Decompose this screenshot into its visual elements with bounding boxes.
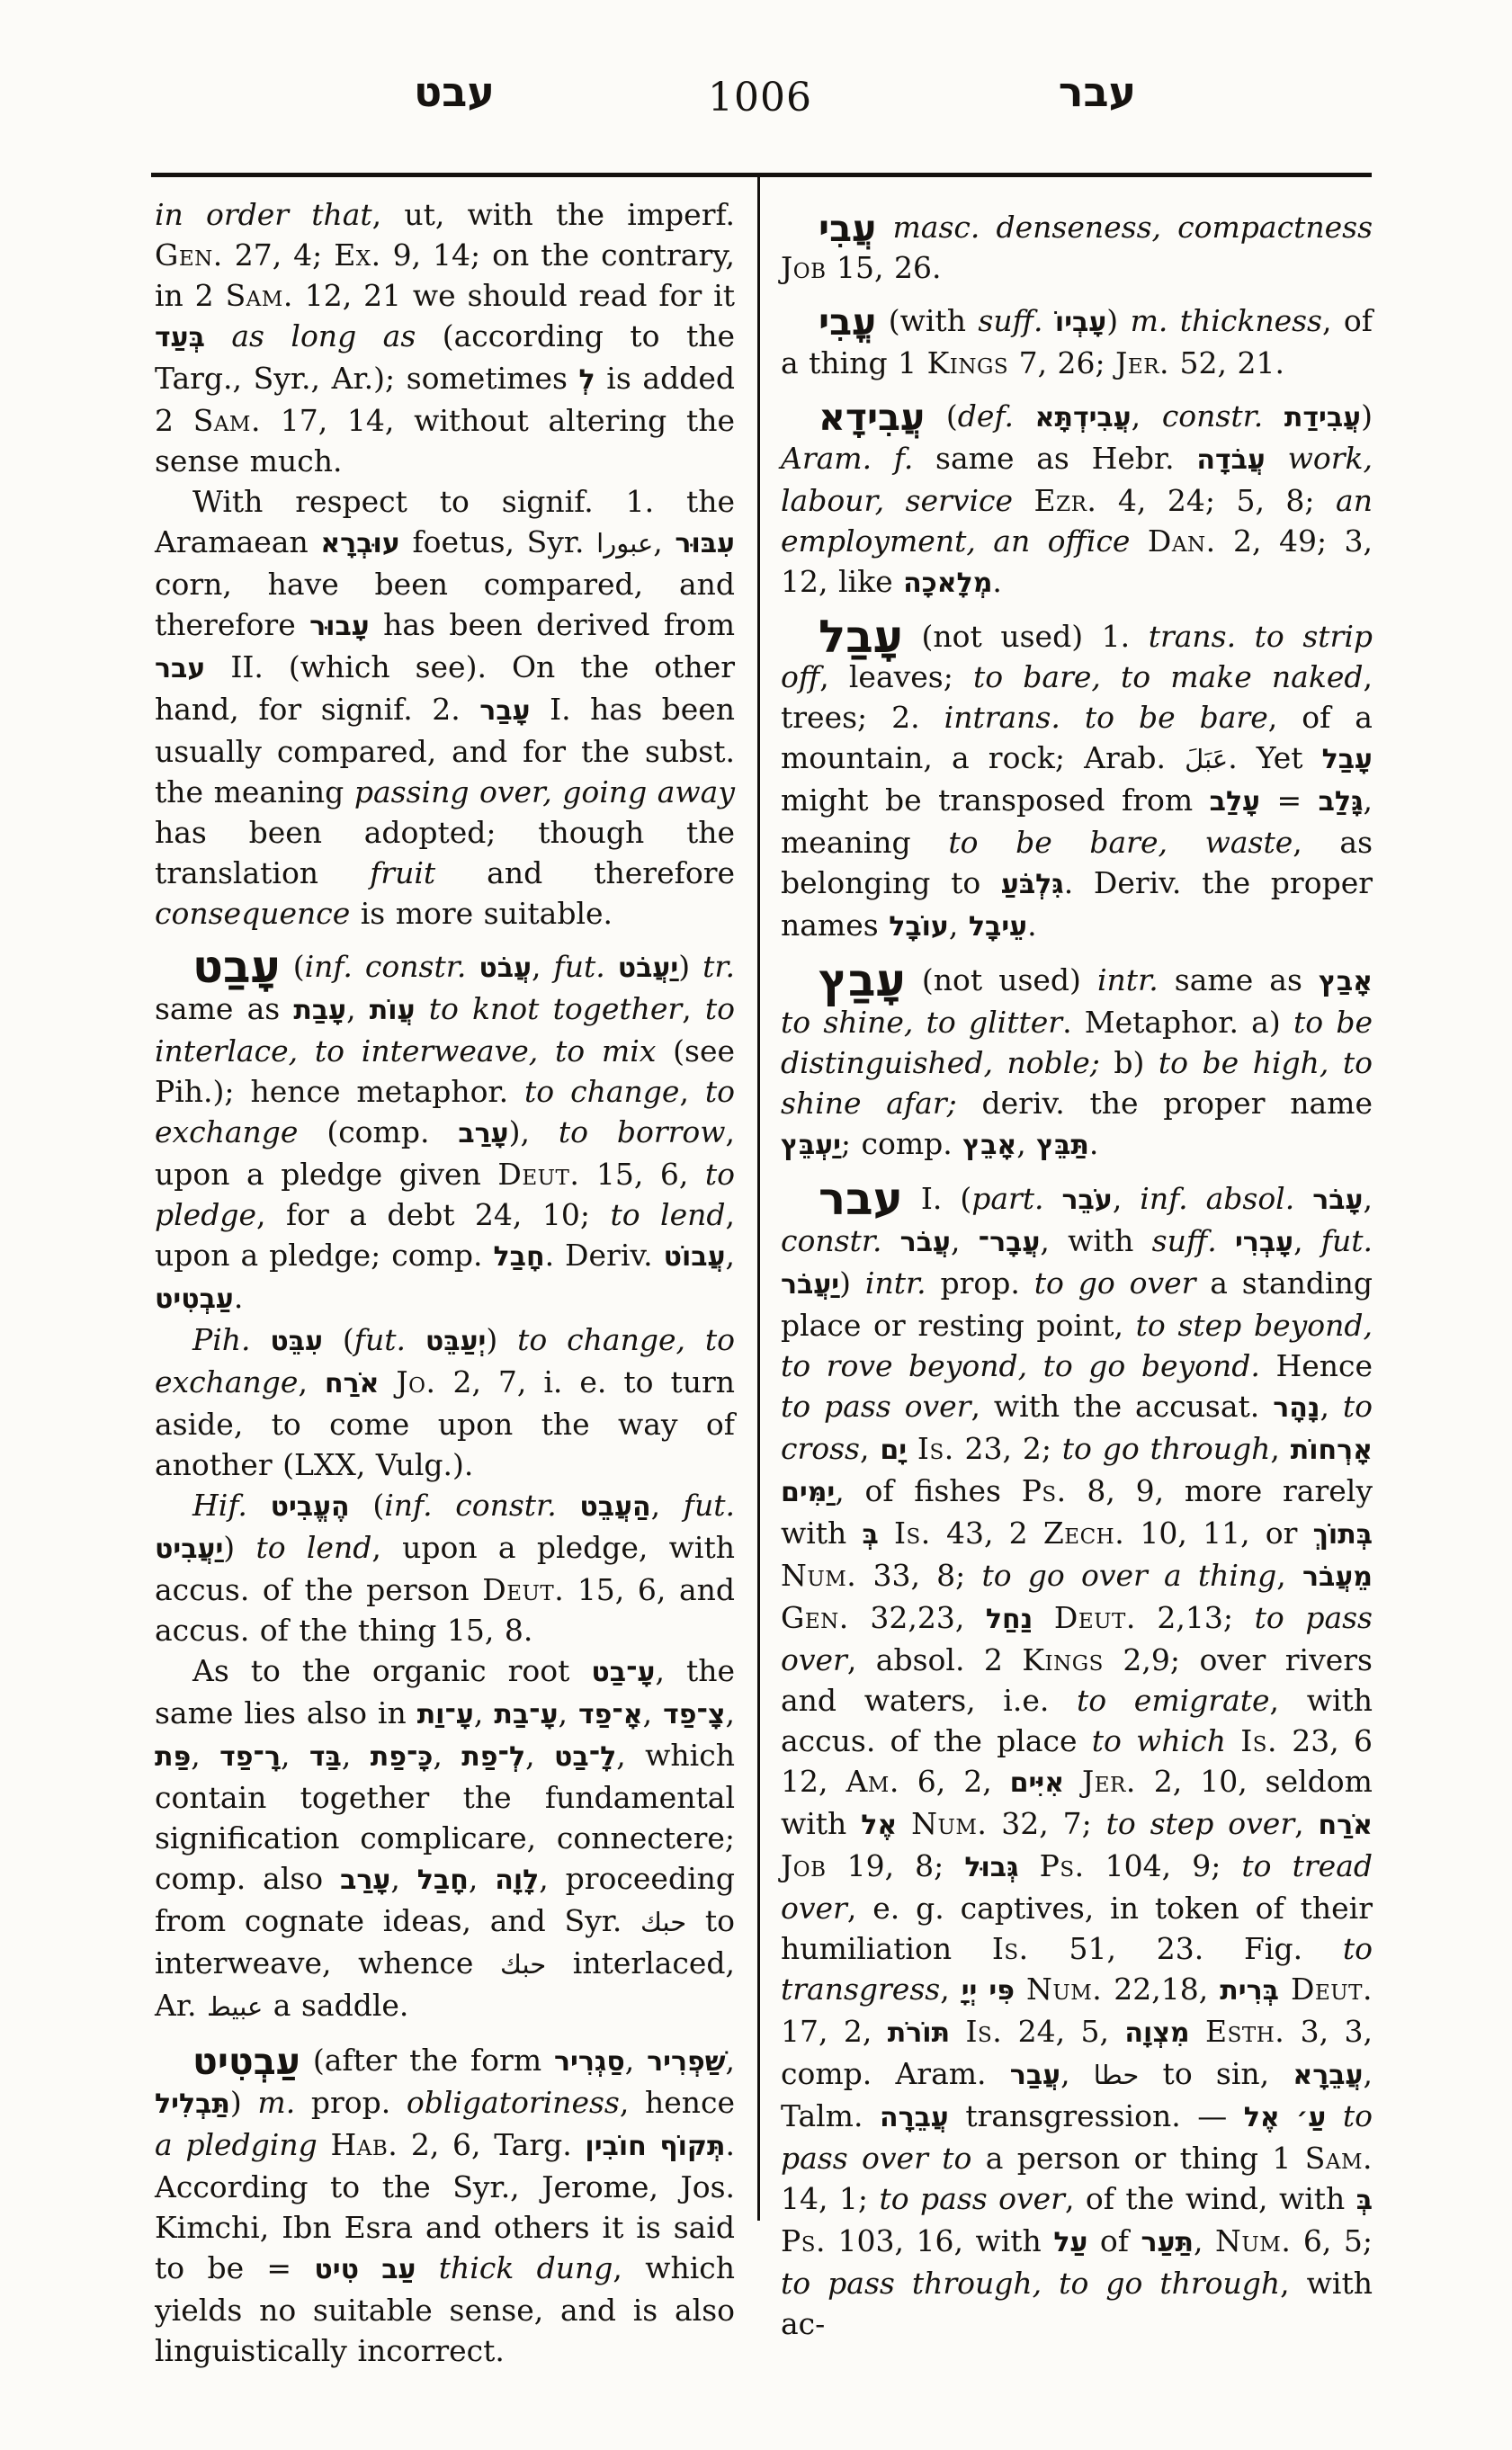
foreign-script-word: عَبَلَ <box>1185 744 1228 774</box>
hebrew-word: עִבֵּט <box>270 1326 323 1357</box>
body-text: 104, 9; <box>1085 1848 1242 1883</box>
body-text: , <box>532 949 554 984</box>
scripture-reference: Gen. <box>781 1600 849 1635</box>
hebrew-word: עָ־בַת <box>494 1699 558 1730</box>
hebrew-word: בְּ <box>1356 2185 1373 2216</box>
hebrew-word: תְּקוֹף חוֹבִין <box>585 2131 725 2162</box>
body-text: , <box>342 1738 371 1773</box>
body-text: , <box>1060 2056 1094 2091</box>
body-text: I. ( <box>903 1181 971 1216</box>
body-text: ( <box>925 398 958 434</box>
body-text: , <box>1276 1558 1302 1593</box>
italic-text: fut. <box>354 1322 406 1357</box>
hebrew-word: גְּבוּל <box>964 1852 1018 1883</box>
body-text: 52, 21. <box>1169 345 1284 380</box>
italic-text: to step over <box>1106 1806 1295 1841</box>
scripture-reference: Is. <box>894 1516 931 1551</box>
body-text: ) <box>678 949 702 984</box>
hebrew-word: יָם <box>880 1435 907 1466</box>
body-text <box>1064 1764 1082 1799</box>
body-text <box>557 1488 580 1523</box>
column-left: in order that, ut, with the imperf. Gen.… <box>155 194 735 2371</box>
italic-text: to pass over <box>879 2181 1064 2216</box>
italic-text: to change <box>524 1074 679 1109</box>
entry-headword: עָבַץ <box>819 954 906 1006</box>
body-text: , with the accusat. <box>971 1389 1273 1424</box>
body-text: . <box>1089 1126 1099 1161</box>
hebrew-word: עָרַב <box>340 1864 390 1896</box>
scripture-reference: Is. <box>966 2014 1003 2049</box>
hebrew-word: עָבֹר <box>1312 1185 1363 1216</box>
body-text: same as <box>155 991 293 1026</box>
italic-text: part. <box>971 1181 1043 1216</box>
italic-text: in order that <box>155 197 372 232</box>
body-text: ( <box>281 949 305 984</box>
italic-text: inf. constr. <box>384 1488 556 1523</box>
hebrew-word: עֲבֹדָה <box>1196 444 1265 476</box>
body-text <box>406 1322 425 1357</box>
scripture-reference: Jo. <box>396 1364 435 1399</box>
hebrew-word: עֲבַר <box>1010 2060 1060 2091</box>
italic-text: fruit <box>370 855 435 890</box>
body-text: ) <box>839 1265 865 1301</box>
column-divider-rule <box>757 177 760 2221</box>
hebrew-word: עִבּוּר <box>675 528 735 559</box>
hebrew-word: עָבוּר <box>309 611 370 642</box>
body-text: prop. <box>295 2085 407 2120</box>
body-text: , <box>940 1972 962 2007</box>
body-text: . Yet <box>1228 740 1321 775</box>
italic-text: constr. <box>781 1223 881 1258</box>
scripture-reference: Dan. <box>1148 523 1216 559</box>
italic-text: obligatoriness <box>407 2085 620 2120</box>
body-text: 2,13; <box>1136 1600 1255 1635</box>
scripture-reference: Sam. <box>193 403 261 438</box>
entry-headword: עֲבִי <box>819 207 876 250</box>
hebrew-word: עֲבֵרָא <box>1293 2060 1363 2091</box>
hebrew-word: שַׁפְרִיר <box>647 2046 725 2078</box>
body-text: , <box>1113 1181 1140 1216</box>
body-text: ( <box>323 1322 354 1357</box>
body-text: , <box>951 1223 979 1258</box>
body-text: (not used) 1. <box>903 619 1149 654</box>
body-text: , <box>346 991 370 1026</box>
italic-text: as long as <box>231 318 416 353</box>
italic-text: suff. <box>978 303 1042 338</box>
body-text <box>1033 1600 1054 1635</box>
body-text: , <box>1132 398 1162 434</box>
hebrew-word: יַעֲבֹר <box>781 1269 839 1301</box>
hebrew-word: עֲבוֹט <box>664 1241 726 1273</box>
scripture-reference: Ezr. <box>1034 483 1097 518</box>
body-text <box>247 1488 271 1523</box>
hebrew-word: אֹרַח <box>1318 1810 1373 1841</box>
hebrew-word: עֲוֹת <box>370 995 416 1026</box>
hebrew-word: יַעֲבִיט <box>155 1533 223 1565</box>
body-text: 7, 26; <box>1008 345 1115 380</box>
hebrew-word: לְ <box>579 364 595 396</box>
body-text: , <box>679 1074 704 1109</box>
italic-text: suff. <box>1152 1223 1217 1258</box>
italic-text: to go over <box>1034 1265 1196 1301</box>
entry-avida: עֲבִידָא (def. עֲבִידְתָּא, constr. עֲבִ… <box>781 396 1373 604</box>
body-text <box>466 949 479 984</box>
scripture-reference: Deut. <box>482 1572 564 1607</box>
foreign-script-word: عبيط <box>207 1991 263 2022</box>
hebrew-word: עָלַב <box>1210 786 1260 818</box>
body-text: , <box>474 1695 494 1730</box>
italic-text: m. thickness <box>1131 303 1322 338</box>
body-text: , absol. 2 <box>847 1642 1023 1677</box>
body-text: a person or thing 1 <box>971 2141 1304 2176</box>
hebrew-word: חָבַל <box>417 1864 469 1896</box>
paragraph-hifil: Hif. הֶעֱבִיט (inf. constr. הַעֲבֵט, fut… <box>155 1485 735 1650</box>
paragraph-organic-root: As to the organic root עָ־בַט, the same … <box>155 1650 735 2027</box>
entry-avar-I: עבר I. (part. עֹבֵר, inf. absol. עָבֹר, … <box>781 1178 1373 2344</box>
body-text: 6, 2, <box>899 1764 1010 1799</box>
paragraph-signif-comparison: With respect to signif. 1. the Aramaean … <box>155 481 735 934</box>
hebrew-word: לָוָה <box>495 1864 539 1896</box>
scripture-reference: Job <box>781 250 827 285</box>
hebrew-word: חָבַל <box>494 1241 545 1273</box>
body-text: 15, 26. <box>827 250 942 285</box>
body-text: , <box>191 1738 219 1773</box>
foreign-script-word: حطا <box>1094 2060 1140 2090</box>
body-text: 19, 8; <box>827 1848 965 1883</box>
italic-text: intr. <box>865 1265 926 1301</box>
scripture-reference: Jer. <box>1115 345 1169 380</box>
hebrew-word: עַבְטִיט <box>155 1283 234 1315</box>
body-text: , <box>682 991 705 1026</box>
body-text: 33, 8; <box>856 1558 981 1593</box>
hebrew-word: הֶעֱבִיט <box>271 1491 350 1523</box>
body-text <box>907 1431 917 1466</box>
scripture-reference: Is. <box>1240 1723 1277 1758</box>
body-text: might be transposed from <box>781 782 1210 818</box>
body-text: 51, 23. Fig. <box>1029 1931 1343 1966</box>
scripture-reference: Ex. <box>334 237 380 273</box>
body-text: transgression. — <box>949 2098 1244 2133</box>
body-text: ) <box>1361 398 1373 434</box>
scripture-reference: Jer. <box>1082 1764 1136 1799</box>
entry-avtit: עַבְטִיט (after the form סַגְרִיר, שַׁפְ… <box>155 2040 735 2371</box>
body-text: , <box>1293 1223 1321 1258</box>
scripture-reference: Deut. <box>1054 1600 1136 1635</box>
scripture-reference: Is. <box>992 1931 1029 1966</box>
body-text: ), <box>509 1114 559 1149</box>
body-text: (with <box>876 303 978 338</box>
hebrew-word: עבר <box>155 653 205 684</box>
hebrew-word: עֵיבָל <box>969 911 1027 943</box>
body-text: . <box>992 564 1002 599</box>
body-text: , <box>726 2043 736 2078</box>
body-text: , <box>1294 1806 1318 1841</box>
italic-text: to borrow <box>559 1114 726 1149</box>
italic-text: Hif. <box>192 1488 247 1523</box>
body-text <box>1226 1723 1240 1758</box>
hebrew-word: עַ׳ אֶל <box>1244 2102 1327 2133</box>
hebrew-word: גִּלְבֹּעַ <box>1001 869 1064 900</box>
body-text <box>879 1516 894 1551</box>
hebrew-word: עָבַר <box>479 695 530 727</box>
body-text: and therefore <box>435 855 735 890</box>
body-text: ) <box>223 1530 255 1565</box>
body-text: (comp. <box>298 1114 458 1149</box>
entry-headword: עַבְטִיט <box>192 2040 300 2083</box>
body-text: , <box>1320 1389 1342 1424</box>
italic-text: fut. <box>684 1488 735 1523</box>
body-text: , <box>651 1488 684 1523</box>
body-text: , <box>298 1364 324 1399</box>
hebrew-word: עֹבֵר <box>1062 1185 1113 1216</box>
paragraph-pihel: Pih. עִבֵּט (fut. יְעַבֵּט) to change, t… <box>155 1319 735 1485</box>
hebrew-word: עֲבֵרָה <box>880 2102 949 2133</box>
foreign-script-word: حبك <box>500 1949 546 1980</box>
hebrew-word: נַחַל <box>986 1604 1033 1635</box>
italic-text: Pih. <box>192 1322 251 1357</box>
scripture-reference: Sam. <box>1305 2141 1373 2176</box>
italic-text: Aram. f. <box>781 441 913 476</box>
body-text <box>1014 398 1035 434</box>
italic-text: thick dung <box>439 2250 613 2285</box>
scripture-reference: Kings <box>1022 1642 1104 1677</box>
body-text: , <box>625 2043 647 2078</box>
body-text <box>1044 1181 1062 1216</box>
body-text: same as <box>1159 962 1319 997</box>
body-text: , <box>1194 2223 1215 2258</box>
hebrew-word: לָ־בַט <box>554 1741 616 1773</box>
body-text: 6, 5; <box>1291 2223 1373 2258</box>
page-number: 1006 <box>708 76 812 121</box>
body-text: 17, 2, <box>781 2014 888 2049</box>
body-text: . Deriv. <box>545 1238 664 1273</box>
entry-aval: עָבַל (not used) 1. trans. to strip off,… <box>781 616 1373 947</box>
italic-text: intrans. to be bare <box>944 700 1268 735</box>
entry-headword: עֲבִידָא <box>819 396 925 439</box>
body-text: 14, 1; <box>781 2181 879 2216</box>
body-text: 23, 2; <box>954 1431 1062 1466</box>
hebrew-word: עָבַת <box>293 995 346 1026</box>
body-text <box>1130 523 1147 559</box>
italic-text: inf. absol. <box>1140 1181 1294 1216</box>
hebrew-word: אָבֵץ <box>962 1130 1016 1161</box>
entry-avi-denseness: עֲבִי masc. denseness, compactness Job 1… <box>781 207 1373 288</box>
body-text: 2, 6, Targ. <box>398 2127 585 2162</box>
hebrew-word: בְּ <box>863 1519 879 1551</box>
running-head-left-word: עבט <box>414 68 495 115</box>
hebrew-word: עָ־בַט <box>591 1657 655 1688</box>
hebrew-word: הַעֲבֵט <box>579 1491 650 1523</box>
body-text <box>251 1322 271 1357</box>
scripture-reference: Deut. <box>1291 1972 1373 2007</box>
italic-text: fut. <box>1321 1223 1373 1258</box>
body-text: ) <box>486 1322 517 1357</box>
scripture-reference: Esth. <box>1205 2014 1284 2049</box>
hebrew-word: צָ־פַד <box>663 1699 725 1730</box>
italic-text: masc. denseness, compactness <box>892 210 1373 245</box>
body-text <box>205 318 231 353</box>
body-text: 32, 7; <box>987 1806 1105 1841</box>
italic-text: to pass through, to go through <box>781 2266 1280 2301</box>
body-text: 27, 4; <box>223 237 334 273</box>
italic-text: tr. <box>702 949 735 984</box>
body-text <box>318 2127 331 2162</box>
body-text: 10, 11, or <box>1124 1516 1312 1551</box>
scripture-reference: Am. <box>845 1764 899 1799</box>
hebrew-word: עָבַל <box>1322 744 1373 775</box>
body-text: , <box>281 1738 309 1773</box>
entry-headword: עֳבִי <box>819 300 876 344</box>
italic-text: intr. <box>1097 962 1159 997</box>
body-text: 43, 2 <box>931 1516 1043 1551</box>
body-text: , <box>525 1738 554 1773</box>
body-text <box>1294 1181 1312 1216</box>
italic-text: to knot together <box>429 991 682 1026</box>
hebrew-word: יַעְבֵּץ <box>781 1130 841 1161</box>
body-text: (not used) <box>906 962 1097 997</box>
entry-ovi-thickness: עֳבִי (with suff. עָבְיוֹ) m. thickness,… <box>781 300 1373 383</box>
body-text: to sin, <box>1139 2056 1293 2091</box>
body-text: of <box>1087 2223 1141 2258</box>
scripture-reference: Ps. <box>781 2223 826 2258</box>
body-text: , <box>469 1861 495 1896</box>
header-rule <box>151 173 1372 177</box>
body-text <box>379 1364 396 1399</box>
hebrew-word: מְלָאכָה <box>903 568 992 599</box>
hebrew-word: עוֹבָל <box>889 911 949 943</box>
entry-headword: עָבַט <box>192 941 281 993</box>
hebrew-word: עֲבָר־ <box>979 1227 1041 1258</box>
body-text: , <box>726 1695 736 1730</box>
body-text <box>881 1223 899 1258</box>
body-text: foetus, Syr. <box>400 524 596 559</box>
body-text: , hence <box>620 2085 735 2120</box>
body-text: ) <box>230 2085 258 2120</box>
body-text: , <box>949 908 969 943</box>
body-text: , ut, with the imperf. <box>372 197 735 232</box>
scripture-reference: Sam. <box>226 278 293 313</box>
foreign-script-word: عبورا <box>596 528 653 559</box>
scripture-reference: Kings <box>927 345 1009 380</box>
hebrew-word: מֵעֲבֹר <box>1302 1561 1373 1593</box>
body-text: deriv. the proper name <box>957 1086 1373 1121</box>
hebrew-word: בְּעַד <box>155 322 205 353</box>
body-text: Hence <box>1260 1348 1373 1383</box>
body-text: , <box>433 1738 461 1773</box>
body-text: 15, 6, <box>579 1157 705 1192</box>
body-text: , for a debt 24, 10; <box>256 1197 610 1232</box>
body-text <box>876 210 892 245</box>
hebrew-word: עוּבְרָא <box>320 528 399 559</box>
hebrew-word: כָּ־פַת <box>371 1741 434 1773</box>
body-text <box>1326 2098 1343 2133</box>
running-head-right-word: עבר <box>1059 68 1136 115</box>
body-text: , of the wind, with <box>1065 2181 1356 2216</box>
body-text: same as Hebr. <box>913 441 1196 476</box>
italic-text: inf. constr. <box>305 949 467 984</box>
hebrew-word: אֹרַח <box>325 1368 380 1399</box>
body-text <box>897 1806 911 1841</box>
italic-text: m. <box>257 2085 295 2120</box>
body-text <box>605 949 618 984</box>
body-text: , <box>1016 1126 1036 1161</box>
hebrew-word: עֲבִידְתָּא <box>1035 402 1132 434</box>
body-text: , <box>860 1431 880 1466</box>
hebrew-word: יְעַבֵּט <box>425 1326 486 1357</box>
hebrew-word: יַעֲבֹט <box>618 952 678 984</box>
hebrew-word: עָבְיוֹ <box>1055 307 1106 338</box>
scripture-reference: Num. <box>781 1558 856 1593</box>
paragraph-continuation-avur: in order that, ut, with the imperf. Gen.… <box>155 194 735 481</box>
hebrew-word: בְּתוֹךְ <box>1313 1519 1373 1551</box>
body-text <box>416 991 429 1026</box>
body-text: . <box>234 1280 244 1315</box>
hebrew-word: בַּד <box>309 1741 342 1773</box>
italic-text: fut. <box>554 949 605 984</box>
hebrew-word: עֲבֹר <box>900 1227 951 1258</box>
hebrew-word: תּוֹרֹת <box>888 2017 950 2049</box>
hebrew-word: עַב טִיט <box>314 2254 416 2285</box>
italic-text: to bare, to make naked <box>973 659 1363 694</box>
hebrew-word: רָ־פַד <box>219 1741 281 1773</box>
italic-text: constr. <box>1162 398 1263 434</box>
hebrew-word: עָבְרִי <box>1235 1227 1293 1258</box>
body-text: , <box>653 524 675 559</box>
body-text: , <box>559 1695 578 1730</box>
body-text <box>1190 2014 1205 2049</box>
italic-text: to be bare, waste <box>948 825 1293 860</box>
body-text: has been derived from <box>370 607 735 642</box>
hebrew-word: עַל <box>1053 2227 1087 2258</box>
body-text: is more suitable. <box>350 896 613 931</box>
body-text: ; comp. <box>841 1126 962 1161</box>
body-text: , with <box>1040 1223 1151 1258</box>
italic-text: passing over, going away <box>354 774 735 809</box>
body-text: ( <box>350 1488 385 1523</box>
column-right: עֲבִי masc. denseness, compactness Job 1… <box>781 194 1373 2344</box>
body-text <box>1015 1972 1026 2007</box>
italic-text: to which <box>1092 1723 1226 1758</box>
scripture-reference: Num. <box>911 1806 987 1841</box>
hebrew-word: גָּלַב <box>1319 786 1364 818</box>
italic-text: to lend <box>610 1197 725 1232</box>
body-text: 103, 16, with <box>826 2223 1053 2258</box>
hebrew-word: לְ־פַת <box>461 1741 525 1773</box>
hebrew-word: אָבַץ <box>1319 966 1373 997</box>
italic-text: to lend <box>255 1530 371 1565</box>
scripture-reference: Is. <box>917 1431 954 1466</box>
body-text: As to the organic root <box>192 1653 591 1688</box>
body-text: b) <box>1100 1045 1159 1080</box>
body-text: , <box>643 1695 663 1730</box>
italic-text: to go through <box>1062 1431 1271 1466</box>
hebrew-word: תַּעַר <box>1141 2227 1194 2258</box>
hebrew-word: אֶל <box>861 1810 897 1841</box>
body-text: , <box>1363 1181 1373 1216</box>
body-text: 4, 24; 5, 8; <box>1096 483 1336 518</box>
scripture-reference: Zech. <box>1043 1516 1124 1551</box>
hebrew-word: פִּי יְיָ <box>962 1975 1015 2007</box>
scripture-reference: Job <box>781 1848 827 1883</box>
italic-text: to emigrate <box>1077 1683 1270 1718</box>
body-text: 24, 5, <box>1002 2014 1124 2049</box>
body-text: ) <box>1106 303 1130 338</box>
italic-text: to shine, to glitter <box>781 1005 1062 1040</box>
body-text <box>1019 1848 1040 1883</box>
scripture-reference: Num. <box>1215 2223 1291 2258</box>
body-text: 12, 21 we should read for it <box>293 278 735 313</box>
body-text: , <box>1270 1431 1290 1466</box>
